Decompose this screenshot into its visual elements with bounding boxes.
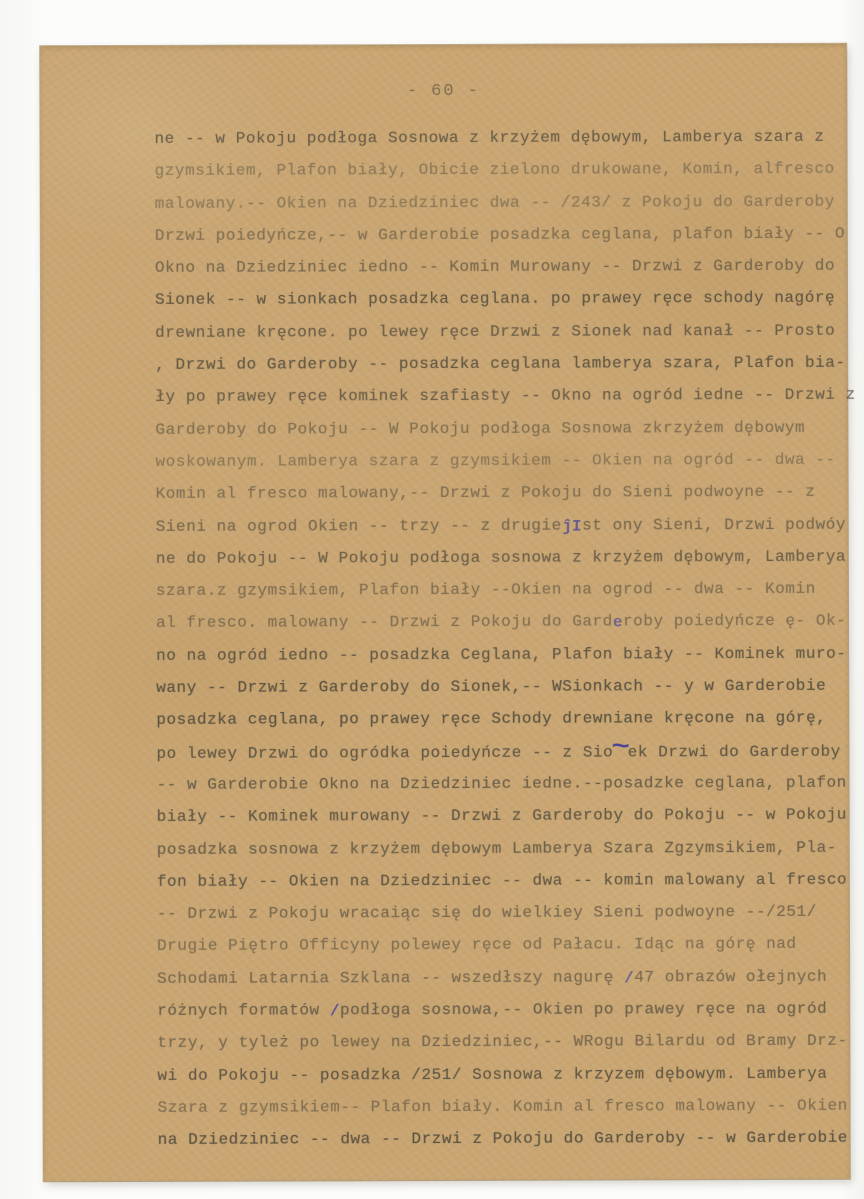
typed-text: gzymsikiem, Plafon biały, Obicie zielono… bbox=[155, 160, 835, 180]
typewritten-line: , Drzwi do Garderoby -- posadzka ceglana… bbox=[155, 347, 847, 381]
typewritten-line: Szara z gzymsikiem-- Plafon biały. Komin… bbox=[158, 1090, 850, 1124]
typed-text: ły po prawey ręce kominek szafiasty -- O… bbox=[155, 386, 856, 406]
typewritten-line: woskowanym. Lamberya szara z gzymsikiem … bbox=[155, 444, 847, 478]
typewritten-line: wany -- Drzwi z Garderoby do Sionek,-- W… bbox=[156, 670, 848, 704]
typewritten-line: Sieni na ogrod Okien -- trzy -- z drugie… bbox=[156, 508, 848, 542]
typewritten-line: al fresco. malowany -- Drzwi z Pokoju do… bbox=[156, 605, 848, 639]
typed-text: wany -- Drzwi z Garderoby do Sionek,-- W… bbox=[156, 677, 826, 697]
blue-ink-annotation: / bbox=[330, 995, 340, 1027]
typewritten-line: no na ogród iedno -- posadzka Ceglana, P… bbox=[156, 637, 848, 671]
typewritten-line: Sionek -- w sionkach posadzka ceglana. p… bbox=[155, 282, 847, 316]
typed-text: podłoga sosnowa,-- Okien po prawey ręce … bbox=[340, 1000, 827, 1020]
typewritten-line: różnych formatów /podłoga sosnowa,-- Oki… bbox=[157, 993, 849, 1027]
typed-text: posadzka ceglana, po prawey ręce Schody … bbox=[156, 709, 826, 729]
document-body: ne -- w Pokoju podłoga Sosnowa z krzyżem… bbox=[154, 121, 849, 1157]
typed-text: po lewey Drzwi do ogródka poiedyńcze -- … bbox=[156, 743, 613, 762]
typed-text: -- w Garderobie Okno na Dziedziniec iedn… bbox=[157, 774, 847, 794]
typed-text: szara.z gzymsikiem, Plafon biały --Okien… bbox=[156, 580, 816, 600]
typed-text: malowany.-- Okien na Dziedziniec dwa -- … bbox=[155, 192, 835, 212]
typed-text: ne do Pokoju -- W Pokoju podłoga sosnowa… bbox=[156, 548, 846, 568]
typewritten-line: malowany.-- Okien na Dziedziniec dwa -- … bbox=[155, 185, 847, 219]
typed-text: wi do Pokoju -- posadzka /251/ Sosnowa z… bbox=[157, 1064, 827, 1084]
blue-ink-annotation: e bbox=[613, 607, 623, 639]
typewritten-line: gzymsikiem, Plafon biały, Obicie zielono… bbox=[155, 153, 847, 187]
page-number: - 60 - bbox=[40, 44, 846, 103]
typed-text: różnych formatów bbox=[157, 1001, 330, 1020]
blue-ink-annotation: ĵI bbox=[562, 510, 582, 542]
typed-text: Drugie Piętro Officyny polewey ręce od P… bbox=[157, 935, 797, 955]
typed-text: Okno na Dziedziniec iedno -- Komin Murow… bbox=[155, 257, 835, 277]
typewritten-line: szara.z gzymsikiem, Plafon biały --Okien… bbox=[156, 573, 848, 607]
typed-text: no na ogród iedno -- posadzka Ceglana, P… bbox=[156, 644, 846, 664]
typed-text: posadzka sosnowa z krzyżem dębowym Lambe… bbox=[157, 838, 837, 858]
typed-text: Komin al fresco malowany,-- Drzwi z Poko… bbox=[156, 483, 816, 503]
typewritten-line: trzy, y tyleż po lewey na Dziedziniec,--… bbox=[157, 1025, 849, 1059]
typed-text: -- Drzwi z Pokoju wracaiąc się do wielki… bbox=[157, 903, 817, 923]
typewritten-line: drewniane kręcone. po lewey ręce Drzwi z… bbox=[155, 315, 847, 349]
typed-text: Schodami Latarnia Szklana -- wszedłszy n… bbox=[157, 968, 624, 987]
typewritten-line: -- Drzwi z Pokoju wracaiąc się do wielki… bbox=[157, 896, 849, 930]
typewritten-line: Drzwi poiedyńcze,-- w Garderobie posadzk… bbox=[155, 218, 847, 252]
typewritten-line: wi do Pokoju -- posadzka /251/ Sosnowa z… bbox=[157, 1057, 849, 1091]
typewritten-line: Schodami Latarnia Szklana -- wszedłszy n… bbox=[157, 960, 849, 994]
typewritten-line: Komin al fresco malowany,-- Drzwi z Poko… bbox=[156, 476, 848, 510]
typed-text: Garderoby do Pokoju -- W Pokoju podłoga … bbox=[155, 419, 805, 439]
typed-text: ek Drzwi do Garderoby bbox=[628, 742, 841, 761]
scanned-page: - 60 - ne -- w Pokoju podłoga Sosnowa z … bbox=[40, 44, 850, 1182]
typed-text: Drzwi poiedyńcze,-- w Garderobie posadzk… bbox=[155, 225, 845, 245]
blue-ink-annotation: / bbox=[624, 962, 634, 994]
blue-ink-annotation: ~ bbox=[611, 732, 630, 764]
typed-text: Szara z gzymsikiem-- Plafon biały. Komin… bbox=[158, 1097, 848, 1117]
typewritten-line: posadzka ceglana, po prawey ręce Schody … bbox=[156, 702, 848, 736]
typed-text: , Drzwi do Garderoby -- posadzka ceglana… bbox=[155, 354, 845, 374]
typewritten-line: ne do Pokoju -- W Pokoju podłoga sosnowa… bbox=[156, 541, 848, 575]
typewritten-line: Drugie Piętro Officyny polewey ręce od P… bbox=[157, 928, 849, 962]
typed-text: trzy, y tyleż po lewey na Dziedziniec,--… bbox=[157, 1032, 847, 1052]
typed-text: st ony Sieni, Drzwi podwóy bbox=[582, 515, 846, 534]
typewritten-line: Okno na Dziedziniec iedno -- Komin Murow… bbox=[155, 250, 847, 284]
typed-text: woskowanym. Lamberya szara z gzymsikiem … bbox=[155, 451, 835, 471]
typewritten-line: fon biały -- Okien na Dziedziniec -- dwa… bbox=[157, 864, 849, 898]
typewritten-line: ły po prawey ręce kominek szafiasty -- O… bbox=[155, 379, 847, 413]
typewritten-line: biały -- Kominek murowany -- Drzwi z Gar… bbox=[157, 799, 849, 833]
typewritten-line: -- w Garderobie Okno na Dziedziniec iedn… bbox=[156, 767, 848, 801]
typed-text: 47 obrazów ołejnych bbox=[634, 968, 827, 987]
typewritten-line: Garderoby do Pokoju -- W Pokoju podłoga … bbox=[155, 411, 847, 445]
typewritten-line: posadzka sosnowa z krzyżem dębowym Lambe… bbox=[157, 831, 849, 865]
typed-text: na Dziedziniec -- dwa -- Drzwi z Pokoju … bbox=[158, 1129, 848, 1149]
typed-text: drewniane kręcone. po lewey ręce Drzwi z… bbox=[155, 322, 835, 342]
typed-text: Sieni na ogrod Okien -- trzy -- z drugie bbox=[156, 516, 562, 535]
scan-photo-background: - 60 - ne -- w Pokoju podłoga Sosnowa z … bbox=[0, 0, 864, 1199]
typewritten-line: po lewey Drzwi do ogródka poiedyńcze -- … bbox=[156, 734, 848, 768]
typed-text: fon biały -- Okien na Dziedziniec -- dwa… bbox=[157, 871, 847, 891]
typed-text: Sionek -- w sionkach posadzka ceglana. p… bbox=[155, 289, 835, 309]
typed-text: ne -- w Pokoju podłoga Sosnowa z krzyżem… bbox=[154, 128, 824, 148]
typed-text: al fresco. malowany -- Drzwi z Pokoju do… bbox=[156, 613, 613, 632]
typed-text: roby poiedyńcze ę- Ok- bbox=[623, 612, 846, 631]
typewritten-line: ne -- w Pokoju podłoga Sosnowa z krzyżem… bbox=[154, 121, 846, 155]
typewritten-line: na Dziedziniec -- dwa -- Drzwi z Pokoju … bbox=[158, 1122, 850, 1156]
typed-text: biały -- Kominek murowany -- Drzwi z Gar… bbox=[157, 806, 847, 826]
